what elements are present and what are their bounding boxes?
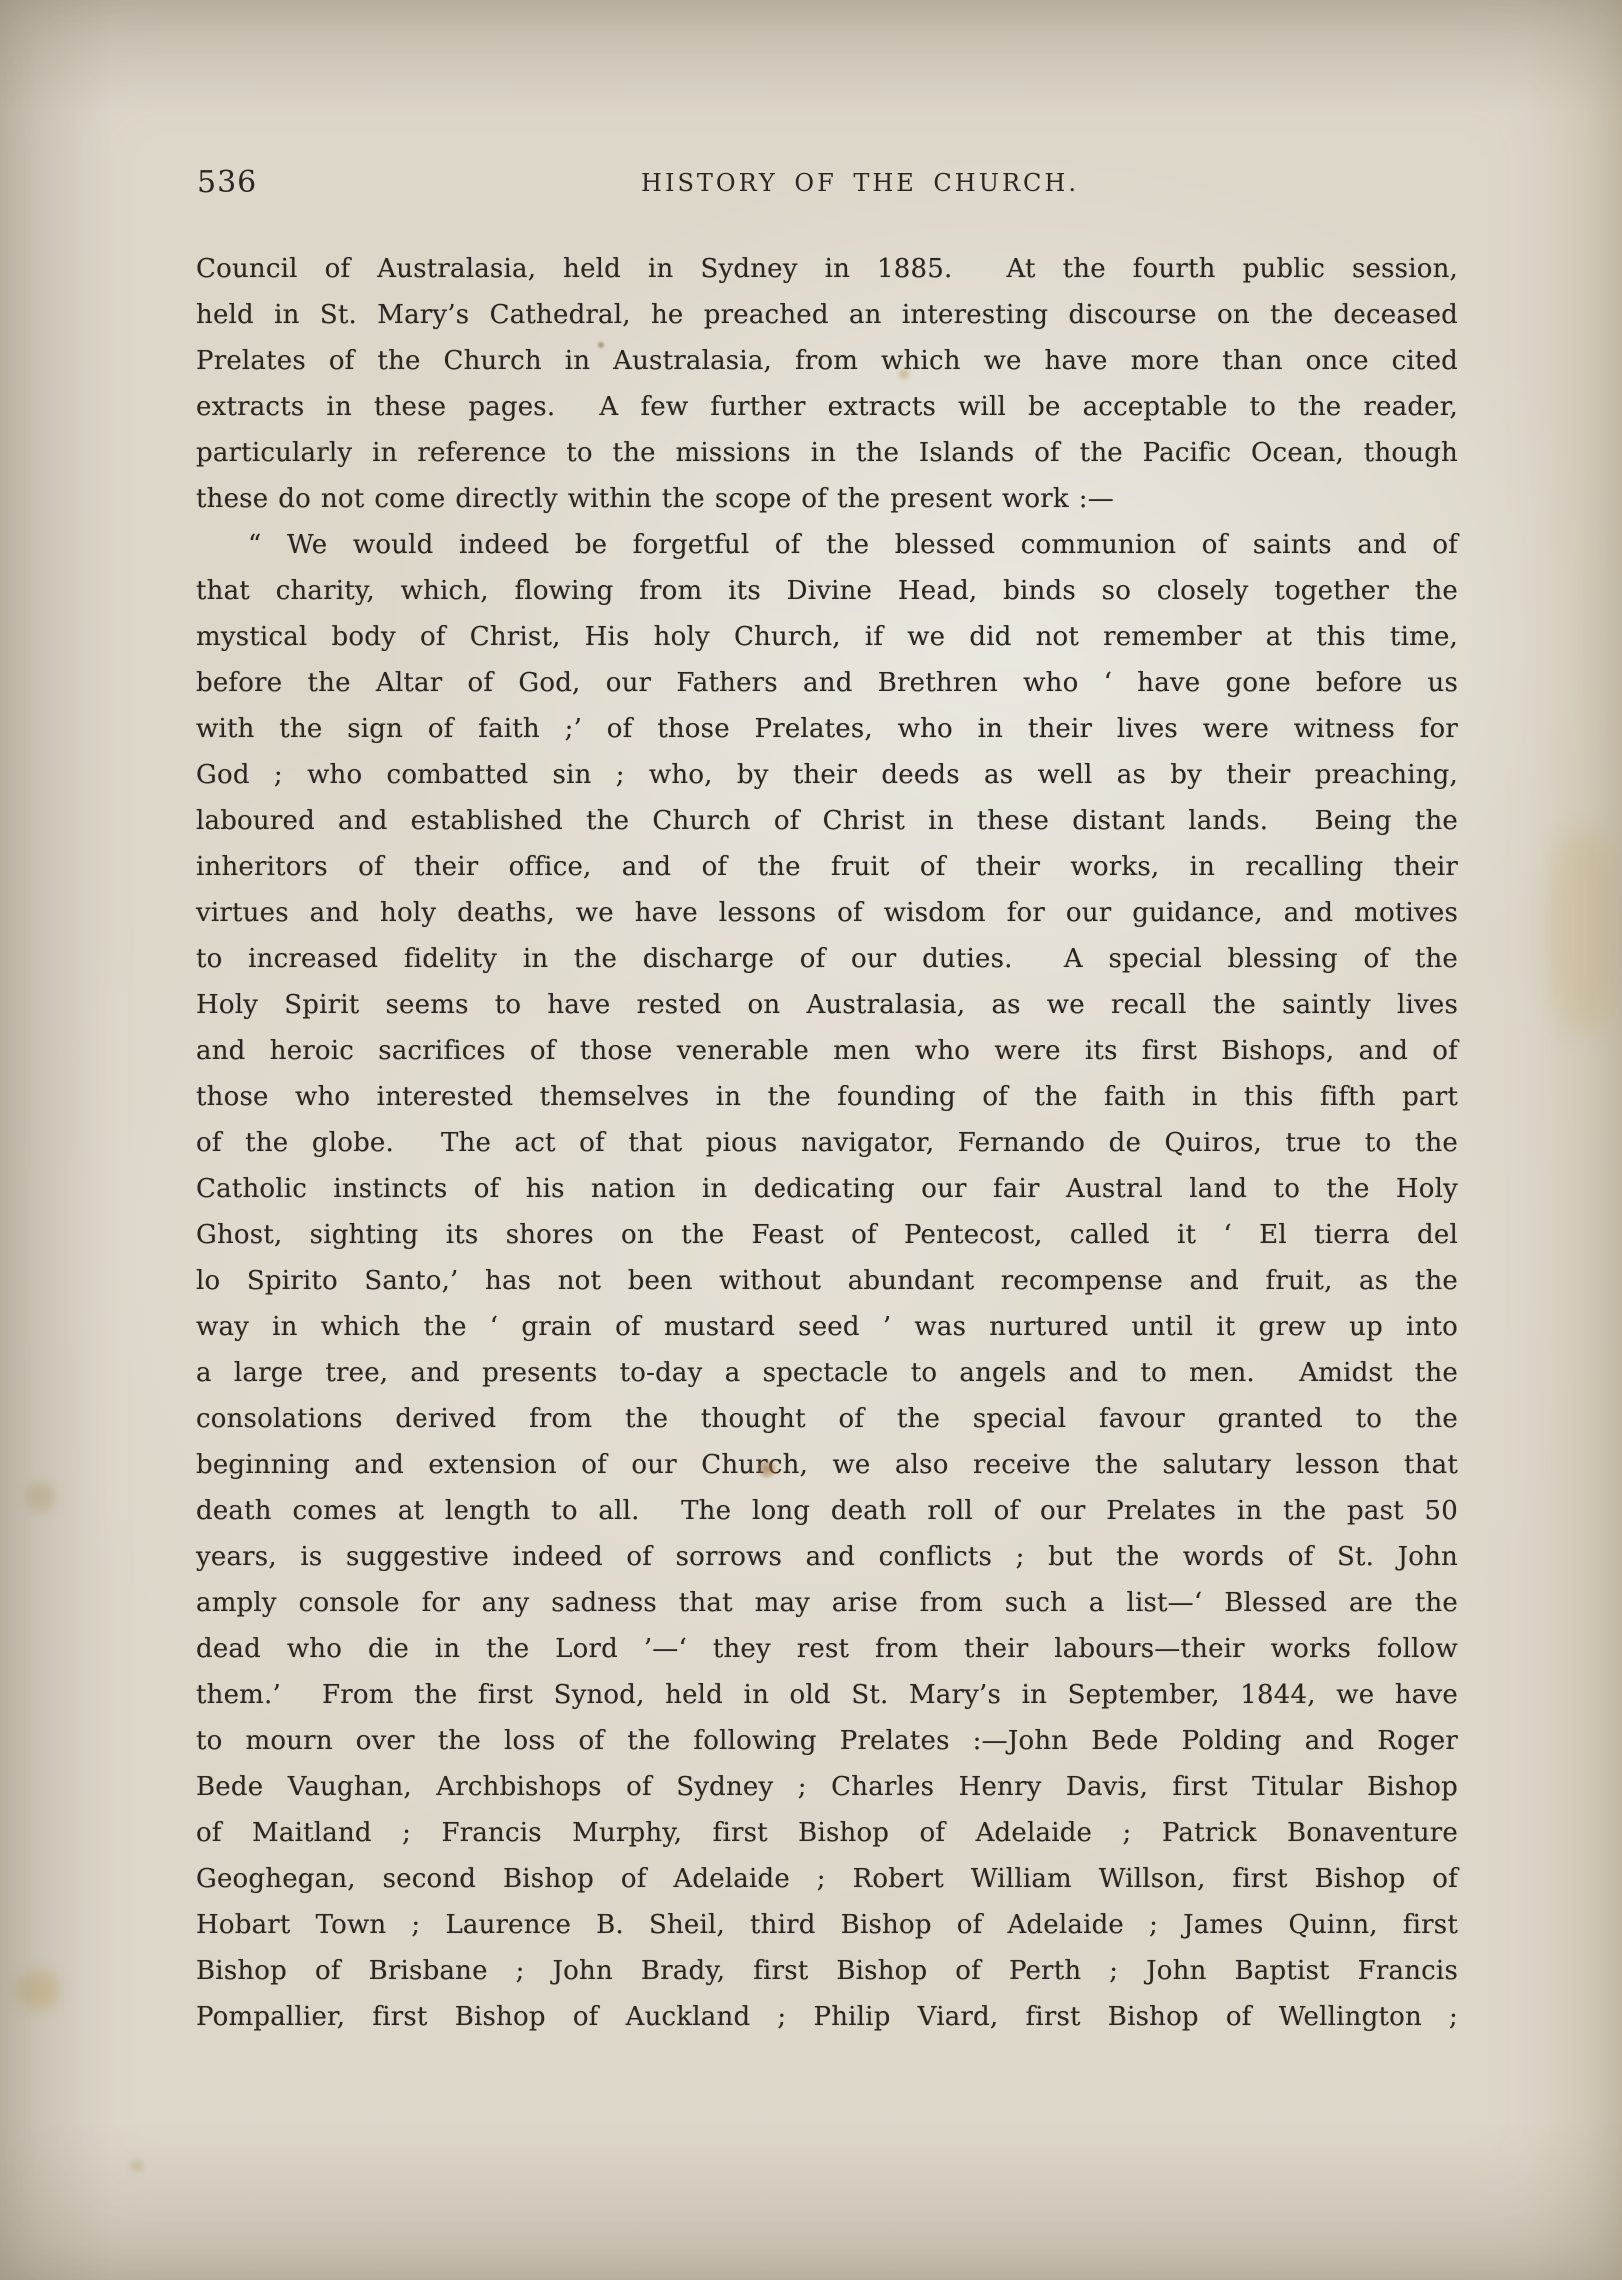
text-line: that charity, which, flowing from its Di… bbox=[196, 568, 1458, 614]
text-line: mystical body of Christ, His holy Church… bbox=[196, 614, 1458, 660]
paragraph: “ We would indeed be forgetful of the bl… bbox=[196, 522, 1458, 2040]
text-line: Catholic instincts of his nation in dedi… bbox=[196, 1166, 1458, 1212]
text-line: inheritors of their office, and of the f… bbox=[196, 844, 1458, 890]
text-line: Holy Spirit seems to have rested on Aust… bbox=[196, 982, 1458, 1028]
foxing-spot bbox=[16, 1970, 60, 2010]
text-line: of Maitland ; Francis Murphy, first Bish… bbox=[196, 1810, 1458, 1856]
text-line: to increased fidelity in the discharge o… bbox=[196, 936, 1458, 982]
foxing-spot bbox=[26, 1482, 56, 1512]
text-line: and heroic sacrifices of those venerable… bbox=[196, 1028, 1458, 1074]
text-line: lo Spirito Santo,’ has not been without … bbox=[196, 1258, 1458, 1304]
text-line: Bede Vaughan, Archbishops of Sydney ; Ch… bbox=[196, 1764, 1458, 1810]
text-line: to mourn over the loss of the following … bbox=[196, 1718, 1458, 1764]
text-line: laboured and established the Church of C… bbox=[196, 798, 1458, 844]
text-line: dead who die in the Lord ’—‘ they rest f… bbox=[196, 1626, 1458, 1672]
book-page-scan: 536 HISTORY OF THE CHURCH. Council of Au… bbox=[0, 0, 1622, 2280]
text-line: a large tree, and presents to-day a spec… bbox=[196, 1350, 1458, 1396]
text-line: particularly in reference to the mission… bbox=[196, 430, 1458, 476]
text-line: Geoghegan, second Bishop of Adelaide ; R… bbox=[196, 1856, 1458, 1902]
running-header: HISTORY OF THE CHURCH. bbox=[0, 169, 1622, 197]
text-line: consolations derived from the thought of… bbox=[196, 1396, 1458, 1442]
text-line: before the Altar of God, our Fathers and… bbox=[196, 660, 1458, 706]
text-line: virtues and holy deaths, we have lessons… bbox=[196, 890, 1458, 936]
text-line: years, is suggestive indeed of sorrows a… bbox=[196, 1534, 1458, 1580]
text-line: amply console for any sadness that may a… bbox=[196, 1580, 1458, 1626]
text-line: extracts in these pages. A few further e… bbox=[196, 384, 1458, 430]
paragraph: Council of Australasia, held in Sydney i… bbox=[196, 246, 1458, 522]
text-line: Ghost, sighting its shores on the Feast … bbox=[196, 1212, 1458, 1258]
text-line: way in which the ‘ grain of mustard seed… bbox=[196, 1304, 1458, 1350]
text-line: Council of Australasia, held in Sydney i… bbox=[196, 246, 1458, 292]
text-line: Prelates of the Church in Australasia, f… bbox=[196, 338, 1458, 384]
text-line: Pompallier, first Bishop of Auckland ; P… bbox=[196, 1994, 1458, 2040]
text-line: them.’ From the first Synod, held in old… bbox=[196, 1672, 1458, 1718]
text-line: God ; who combatted sin ; who, by their … bbox=[196, 752, 1458, 798]
text-line: these do not come directly within the sc… bbox=[196, 476, 1458, 522]
text-line: “ We would indeed be forgetful of the bl… bbox=[196, 522, 1458, 568]
text-line: those who interested themselves in the f… bbox=[196, 1074, 1458, 1120]
foxing-spot bbox=[130, 2160, 144, 2172]
text-line: of the globe. The act of that pious navi… bbox=[196, 1120, 1458, 1166]
page-body: Council of Australasia, held in Sydney i… bbox=[196, 246, 1458, 2040]
foxing-spot bbox=[1548, 830, 1618, 1030]
text-line: death comes at length to all. The long d… bbox=[196, 1488, 1458, 1534]
text-line: with the sign of faith ;’ of those Prela… bbox=[196, 706, 1458, 752]
text-line: Hobart Town ; Laurence B. Sheil, third B… bbox=[196, 1902, 1458, 1948]
text-line: beginning and extension of our Church, w… bbox=[196, 1442, 1458, 1488]
text-line: Bishop of Brisbane ; John Brady, first B… bbox=[196, 1948, 1458, 1994]
text-line: held in St. Mary’s Cathedral, he preache… bbox=[196, 292, 1458, 338]
